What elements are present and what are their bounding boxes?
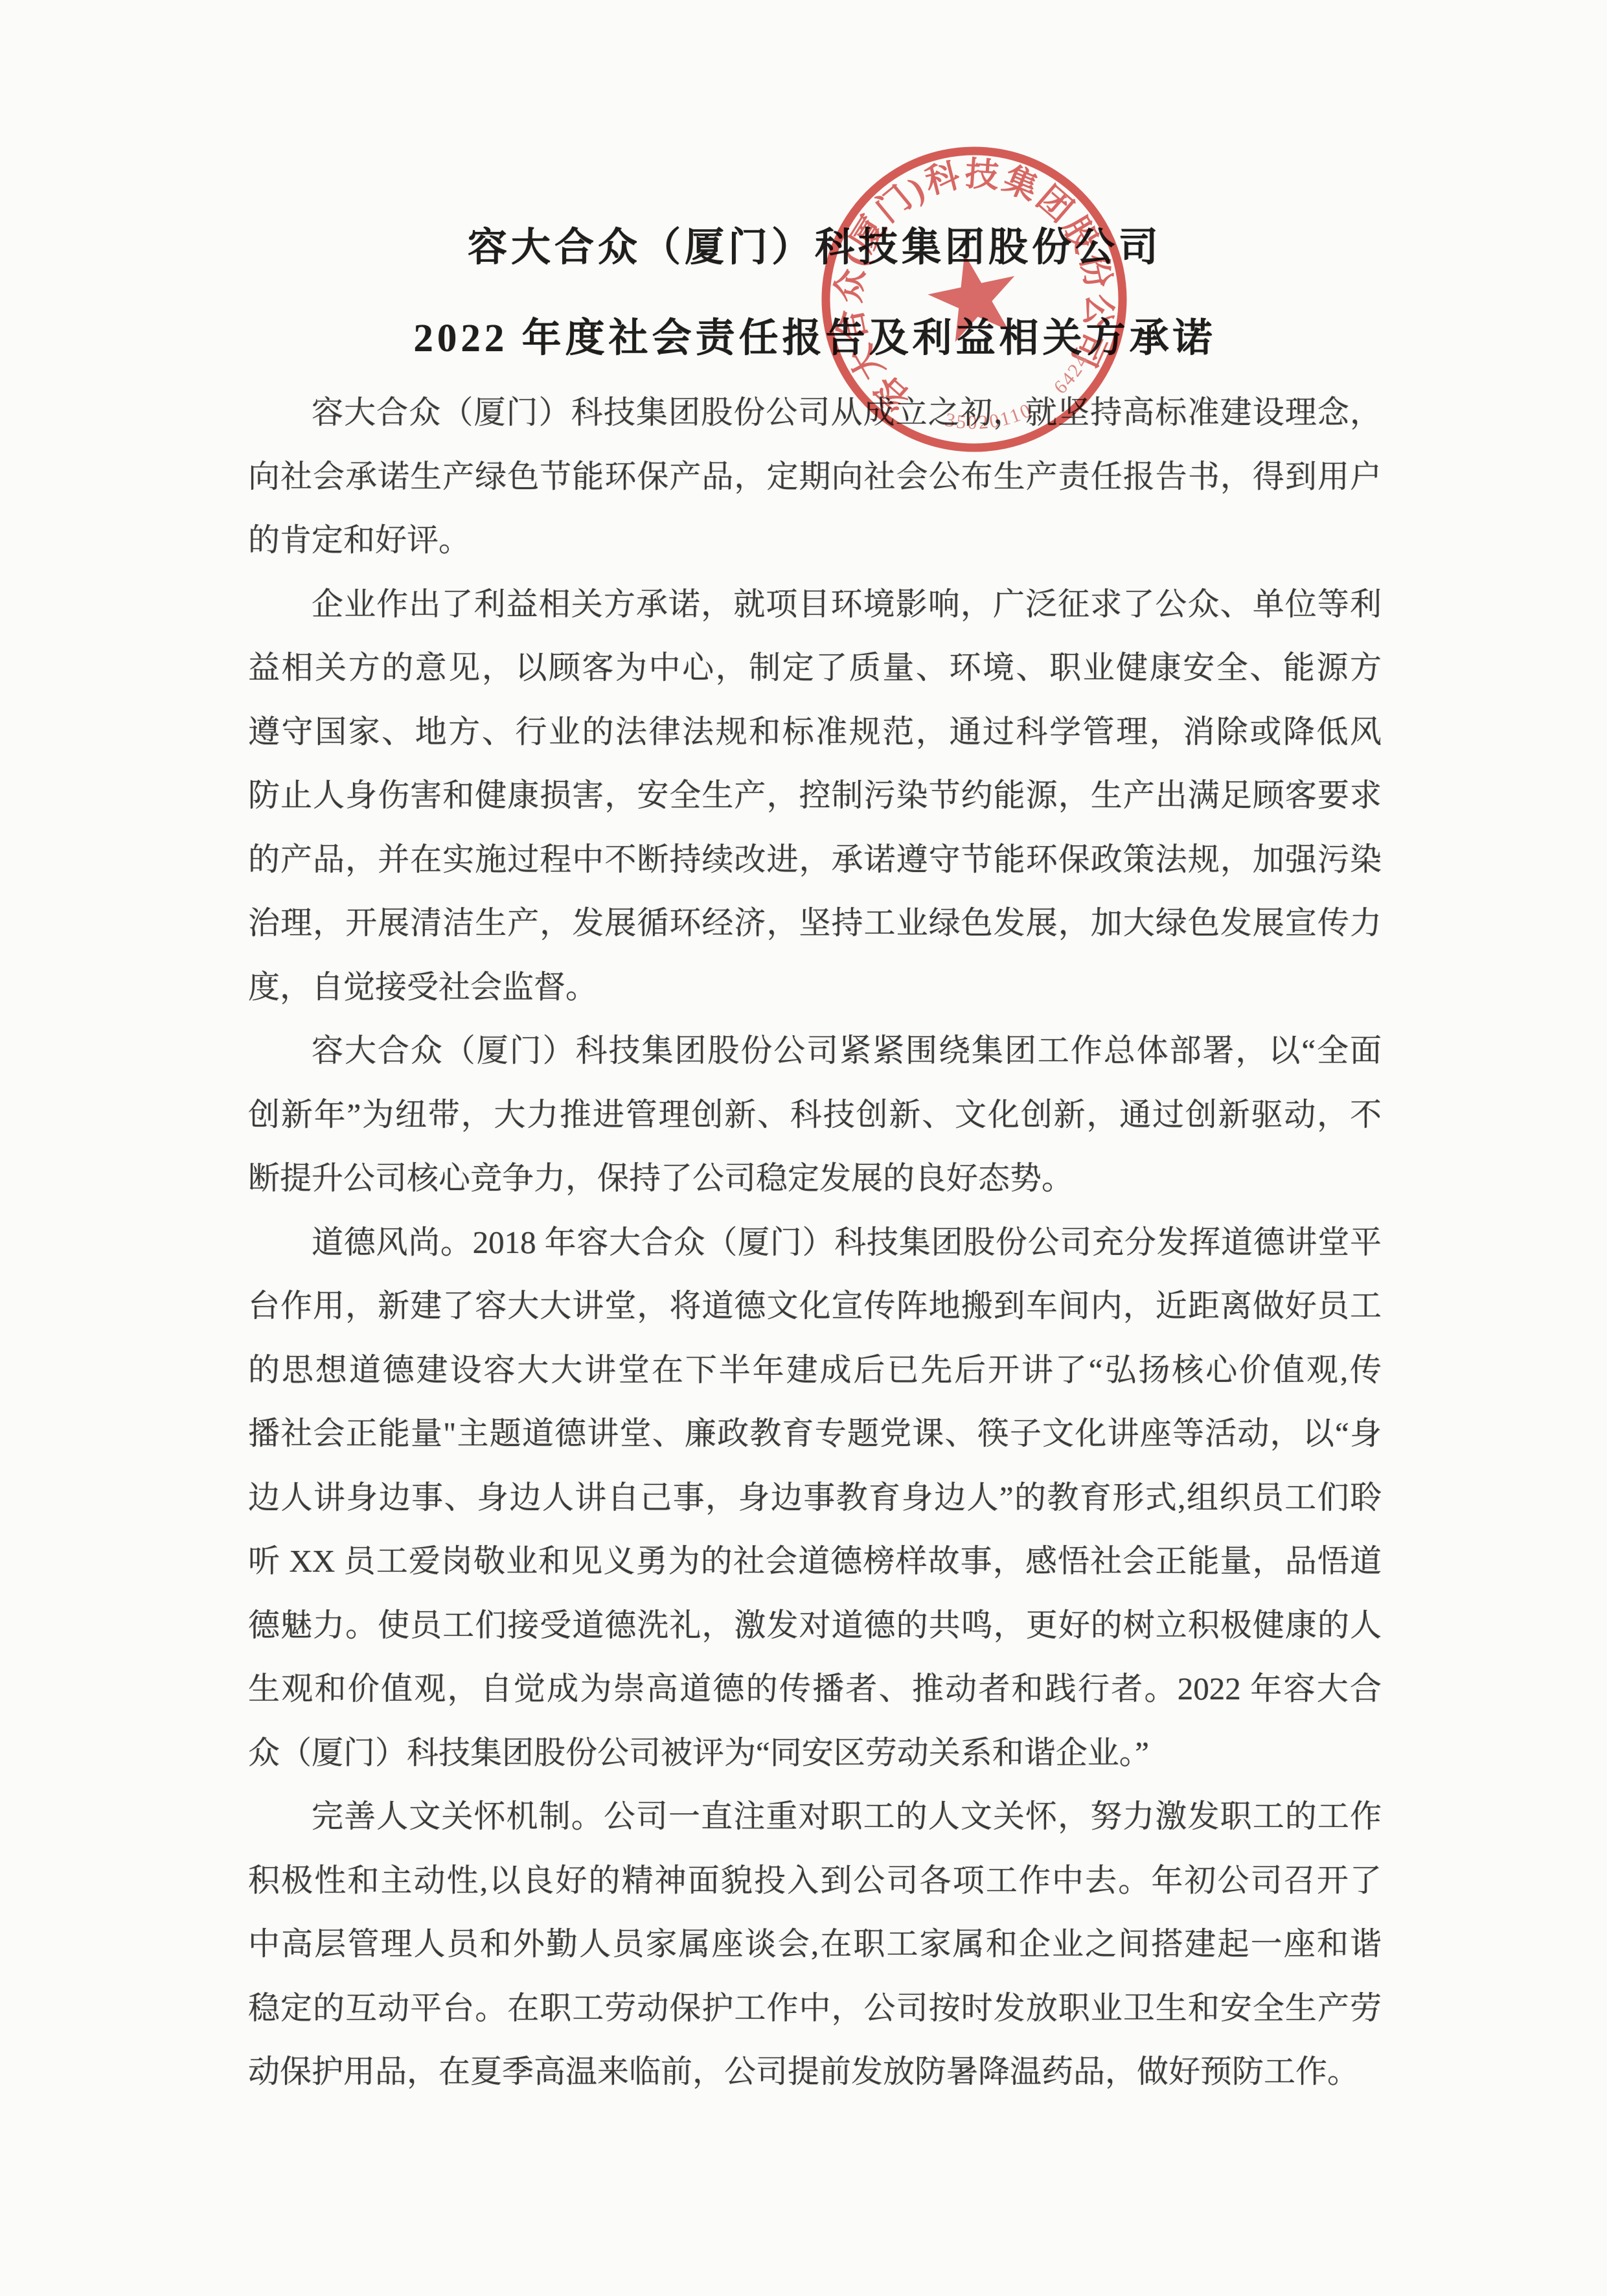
- text-line: 动保护用品，在夏季高温来临前，公司提前发放防暑降温药品，做好预防工作。: [248, 2040, 1382, 2104]
- document-page: 容大合众（厦门）科技集团股份公司 2022 年度社会责任报告及利益相关方承诺 容…: [0, 0, 1607, 2296]
- text-line: 播社会正能量"主题道德讲堂、廉政教育专题党课、筷子文化讲座等活动，以“身: [248, 1402, 1382, 1466]
- company-seal-stamp: 容大合众(厦门)科技集团股份公司 35020110 6424: [799, 124, 1149, 474]
- text-line: 的产品，并在实施过程中不断持续改进，承诺遵守节能环保政策法规，加强污染: [248, 828, 1382, 892]
- stamp-number-left: 35020110: [939, 391, 1037, 442]
- stamp-star-icon: [921, 244, 1025, 345]
- text-line: 积极性和主动性,以良好的精神面貌投入到公司各项工作中去。年初公司召开了: [248, 1849, 1382, 1913]
- text-line: 治理，开展清洁生产，发展循环经济，坚持工业绿色发展，加大绿色发展宣传力: [248, 891, 1382, 956]
- text-line: 度，自觉接受社会监督。: [248, 956, 1382, 1020]
- text-line: 的肯定和好评。: [248, 509, 1382, 573]
- text-line: 道德风尚。2018 年容大合众（厦门）科技集团股份公司充分发挥道德讲堂平: [248, 1211, 1382, 1275]
- text-line: 中高层管理人员和外勤人员家属座谈会,在职工家属和企业之间搭建起一座和谐: [248, 1912, 1382, 1977]
- text-line: 众（厦门）科技集团股份公司被评为“同安区劳动关系和谐企业。”: [248, 1721, 1382, 1785]
- text-line: 稳定的互动平台。在职工劳动保护工作中，公司按时发放职业卫生和安全生产劳: [248, 1977, 1382, 2041]
- text-line: 听 XX 员工爱岗敬业和见义勇为的社会道德榜样故事，感悟社会正能量，品悟道: [248, 1530, 1382, 1594]
- svg-text:35020110: 35020110: [939, 391, 1037, 442]
- document-body: 容大合众（厦门）科技集团股份公司从成立之初，就坚持高标准建设理念，向社会承诺生产…: [248, 381, 1382, 2104]
- text-line: 遵守国家、地方、行业的法律法规和标准规范，通过科学管理，消除或降低风险，: [248, 700, 1382, 764]
- text-line: 的思想道德建设容大大讲堂在下半年建成后已先后开讲了“弘扬核心价值观,传: [248, 1338, 1382, 1403]
- text-line: 边人讲身边事、身边人讲自己事，身边事教育身边人”的教育形式,组织员工们聆: [248, 1466, 1382, 1530]
- text-line: 断提升公司核心竞争力，保持了公司稳定发展的良好态势。: [248, 1147, 1382, 1211]
- text-line: 创新年”为纽带，大力推进管理创新、科技创新、文化创新，通过创新驱动，不: [248, 1083, 1382, 1147]
- text-line: 德魅力。使员工们接受道德洗礼，激发对道德的共鸣，更好的树立积极健康的人: [248, 1594, 1382, 1658]
- text-line: 益相关方的意见，以顾客为中心，制定了质量、环境、职业健康安全、能源方针，: [248, 636, 1382, 700]
- text-line: 防止人身伤害和健康损害，安全生产，控制污染节约能源，生产出满足顾客要求: [248, 764, 1382, 828]
- text-line: 容大合众（厦门）科技集团股份公司紧紧围绕集团工作总体部署，以“全面: [248, 1019, 1382, 1083]
- text-line: 生观和价值观，自觉成为崇高道德的传播者、推动者和践行者。2022 年容大合: [248, 1657, 1382, 1721]
- text-line: 台作用，新建了容大大讲堂，将道德文化宣传阵地搬到车间内，近距离做好员工: [248, 1274, 1382, 1338]
- text-line: 企业作出了利益相关方承诺，就项目环境影响，广泛征求了公众、单位等利: [248, 573, 1382, 637]
- text-line: 完善人文关怀机制。公司一直注重对职工的人文关怀，努力激发职工的工作: [248, 1785, 1382, 1849]
